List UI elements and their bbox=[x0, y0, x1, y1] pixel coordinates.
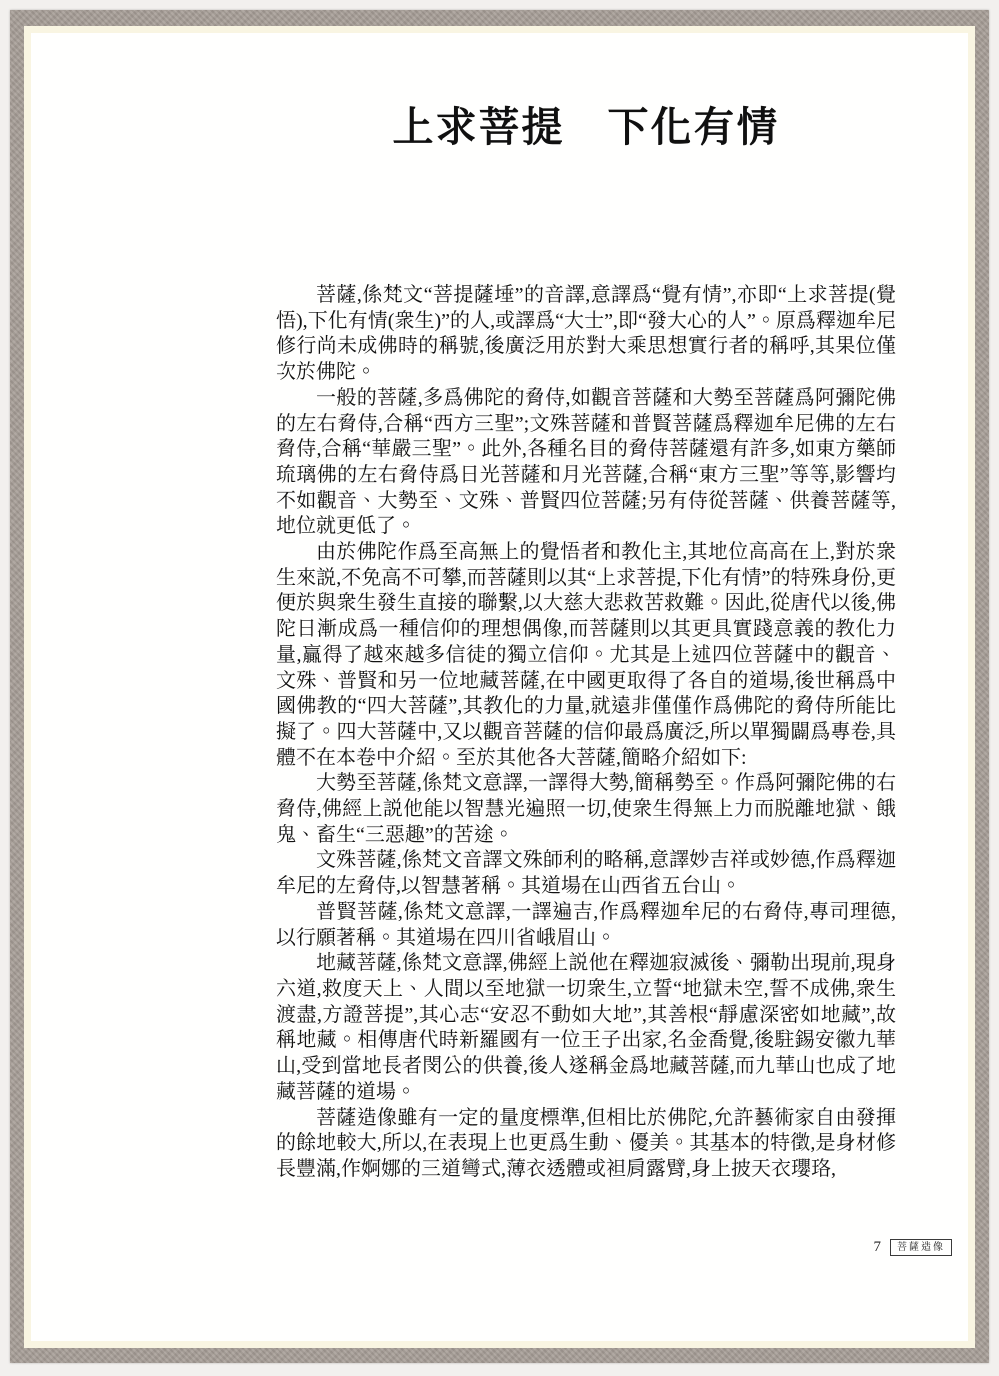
paragraph: 普賢菩薩,係梵文意譯,一譯遍吉,作爲釋迦牟尼的右脅侍,專司理德,以行願著稱。其道… bbox=[276, 900, 896, 951]
page-border-frame: 上求菩提 下化有情 菩薩,係梵文“菩提薩埵”的音譯,意譯爲“覺有情”,亦即“上求… bbox=[10, 10, 989, 1363]
inner-cream-border: 上求菩提 下化有情 菩薩,係梵文“菩提薩埵”的音譯,意譯爲“覺有情”,亦即“上求… bbox=[24, 26, 975, 1348]
paragraph: 文殊菩薩,係梵文音譯文殊師利的略稱,意譯妙吉祥或妙德,作爲釋迦牟尼的左脅侍,以智… bbox=[276, 848, 896, 899]
paragraph: 一般的菩薩,多爲佛陀的脅侍,如觀音菩薩和大勢至菩薩爲阿彌陀佛的左右脅侍,合稱“西… bbox=[276, 386, 896, 540]
body-text: 菩薩,係梵文“菩提薩埵”的音譯,意譯爲“覺有情”,亦即“上求菩提(覺悟),下化有… bbox=[276, 283, 896, 1183]
paragraph: 菩薩,係梵文“菩提薩埵”的音譯,意譯爲“覺有情”,亦即“上求菩提(覺悟),下化有… bbox=[276, 283, 896, 386]
paragraph: 地藏菩薩,係梵文意譯,佛經上説他在釋迦寂滅後、彌勒出現前,現身六道,救度天上、人… bbox=[276, 951, 896, 1105]
paragraph: 菩薩造像雖有一定的量度標準,但相比於佛陀,允許藝術家自由發揮的餘地較大,所以,在… bbox=[276, 1106, 896, 1183]
chapter-title: 上求菩提 下化有情 bbox=[276, 103, 896, 151]
paragraph: 大勢至菩薩,係梵文意譯,一譯得大勢,簡稱勢至。作爲阿彌陀佛的右脅侍,佛經上説他能… bbox=[276, 771, 896, 848]
scanned-book-page: 上求菩提 下化有情 菩薩,係梵文“菩提薩埵”的音譯,意譯爲“覺有情”,亦即“上求… bbox=[0, 0, 999, 1376]
page-footer: 7 菩薩造像 bbox=[874, 1239, 953, 1256]
page-number: 7 bbox=[874, 1239, 882, 1256]
book-title-label: 菩薩造像 bbox=[890, 1239, 952, 1256]
paragraph: 由於佛陀作爲至高無上的覺悟者和教化主,其地位高高在上,對於衆生來説,不免高不可攀… bbox=[276, 540, 896, 771]
page-sheet: 上求菩提 下化有情 菩薩,係梵文“菩提薩埵”的音譯,意譯爲“覺有情”,亦即“上求… bbox=[31, 33, 968, 1341]
text-column: 上求菩提 下化有情 菩薩,係梵文“菩提薩埵”的音譯,意譯爲“覺有情”,亦即“上求… bbox=[276, 33, 896, 1183]
